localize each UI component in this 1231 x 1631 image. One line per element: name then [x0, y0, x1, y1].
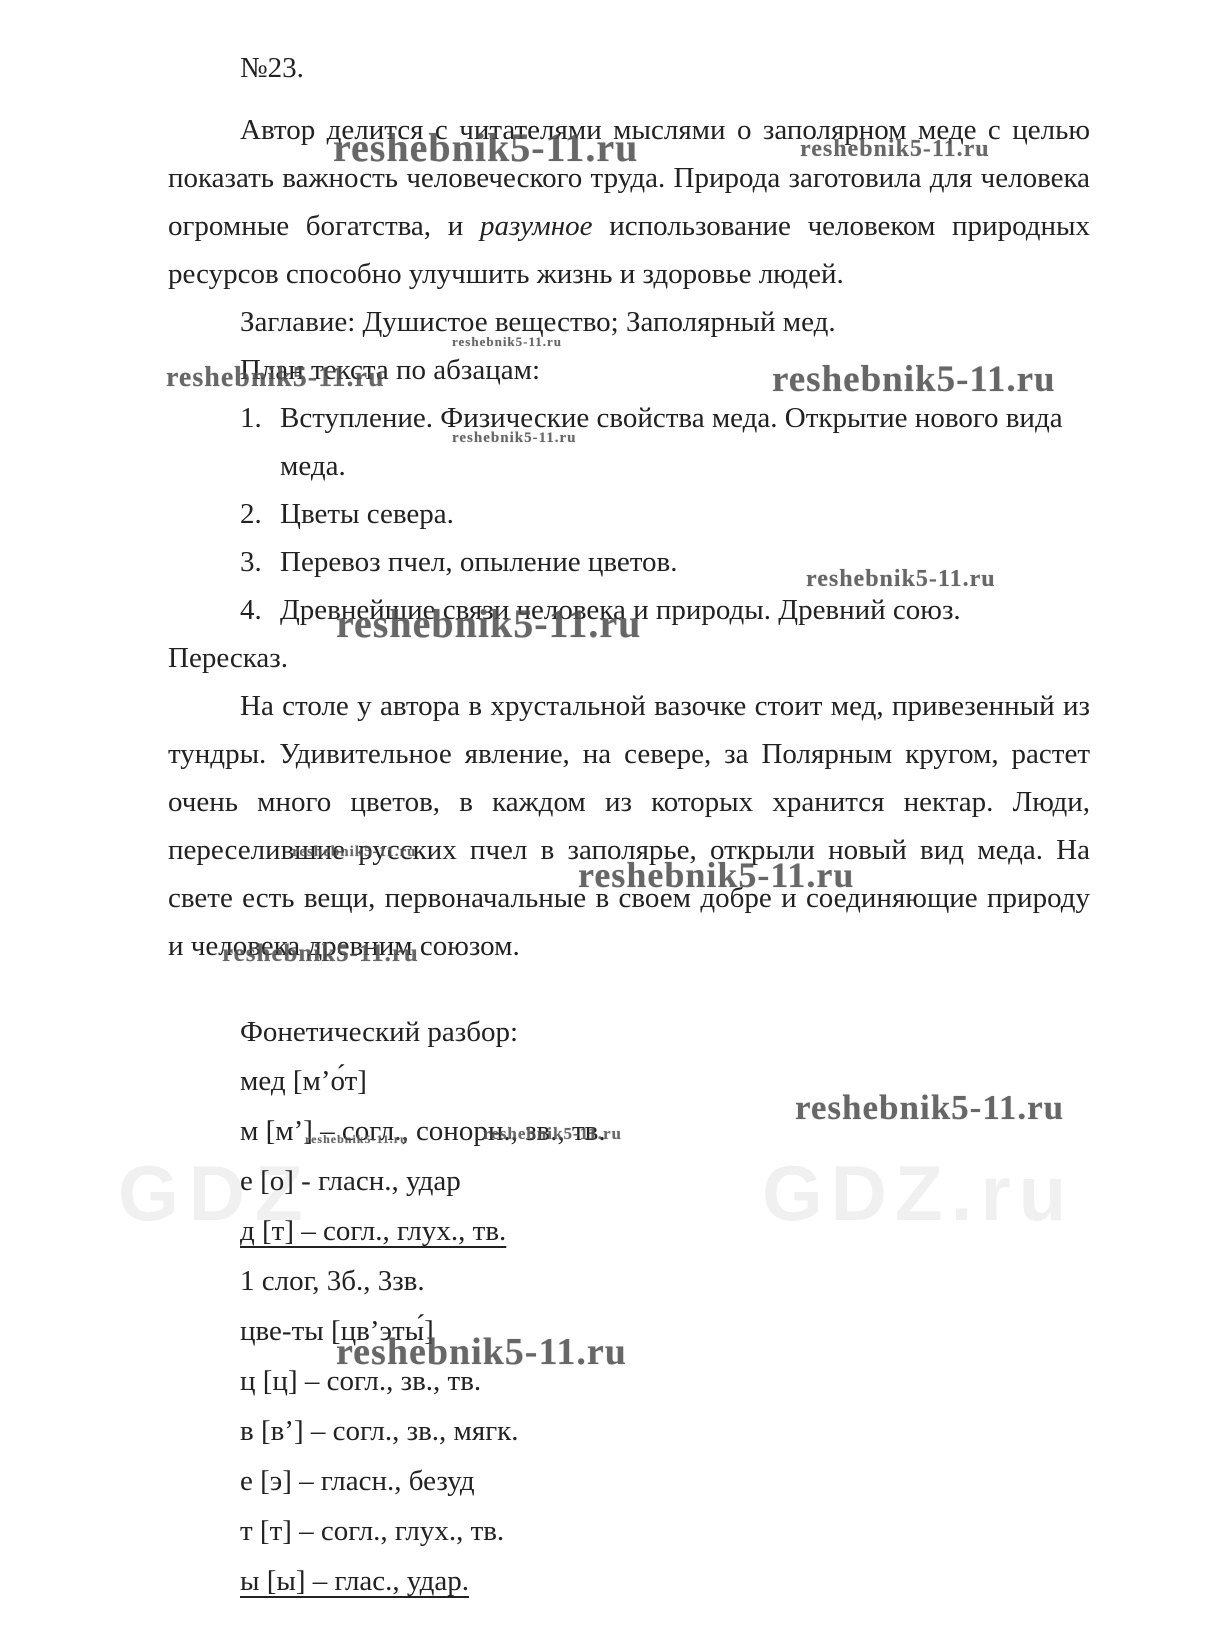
plan-item-2: 2. Цветы севера. — [240, 490, 1090, 538]
site-watermark: reshebnik5-11.ru — [292, 844, 417, 861]
site-watermark: reshebnik5-11.ru — [452, 334, 562, 350]
plan-item-number: 4. — [240, 586, 280, 634]
task-number: №23. — [240, 48, 1090, 88]
retelling-paragraph: На столе у автора в хрустальной вазочке … — [168, 682, 1090, 970]
background-watermark: GDZ — [118, 1148, 313, 1239]
title-line: Заглавие: Душистое вещество; Заполярный … — [168, 298, 1090, 346]
plan-item-number: 3. — [240, 538, 280, 586]
plan-item-text: Цветы севера. — [280, 490, 454, 538]
phonetic-summary-1: 1 слог, 3б., 3зв. — [240, 1256, 1090, 1306]
site-watermark: reshebnik5-11.ru — [800, 136, 990, 163]
phonetic-line-underlined: ы [ы] – глас., удар. — [240, 1556, 1090, 1606]
plan-item-number: 2. — [240, 490, 280, 538]
site-watermark: reshebnik5-11.ru — [305, 1132, 408, 1147]
site-watermark: reshebnik5-11.ru — [578, 854, 854, 896]
site-watermark: reshebnik5-11.ru — [333, 124, 638, 171]
site-watermark: reshebnik5-11.ru — [772, 358, 1056, 401]
plan-list: 1. Вступление. Физические свойства меда.… — [240, 394, 1090, 634]
phonetic-line: е [э] – гласн., безуд — [240, 1456, 1090, 1506]
plan-item-text: Вступление. Физические свойства меда. От… — [280, 394, 1090, 490]
document-page: reshebnik5-11.ru reshebnik5-11.ru resheb… — [0, 0, 1231, 1631]
background-watermark: GDZ.ru — [762, 1148, 1074, 1239]
site-watermark: reshebnik5-11.ru — [483, 1124, 622, 1144]
plan-item-text: Перевоз пчел, опыление цветов. — [280, 538, 678, 586]
phonetic-line: т [т] – согл., глух., тв. — [240, 1506, 1090, 1556]
intro-italic-word: разумное — [480, 210, 593, 242]
site-watermark: reshebnik5-11.ru — [222, 940, 419, 968]
phonetic-line: в [в’] – согл., зв., мягк. — [240, 1406, 1090, 1456]
site-watermark: reshebnik5-11.ru — [795, 1088, 1064, 1128]
plan-item-number: 1. — [240, 394, 280, 490]
site-watermark: reshebnik5-11.ru — [336, 1330, 627, 1374]
phonetic-heading: Фонетический разбор: — [168, 1008, 1090, 1056]
site-watermark: reshebnik5-11.ru — [336, 600, 641, 647]
plan-item-1: 1. Вступление. Физические свойства меда.… — [240, 394, 1090, 490]
site-watermark: reshebnik5-11.ru — [806, 566, 996, 593]
site-watermark: reshebnik5-11.ru — [166, 362, 385, 394]
site-watermark: reshebnik5-11.ru — [452, 430, 577, 447]
